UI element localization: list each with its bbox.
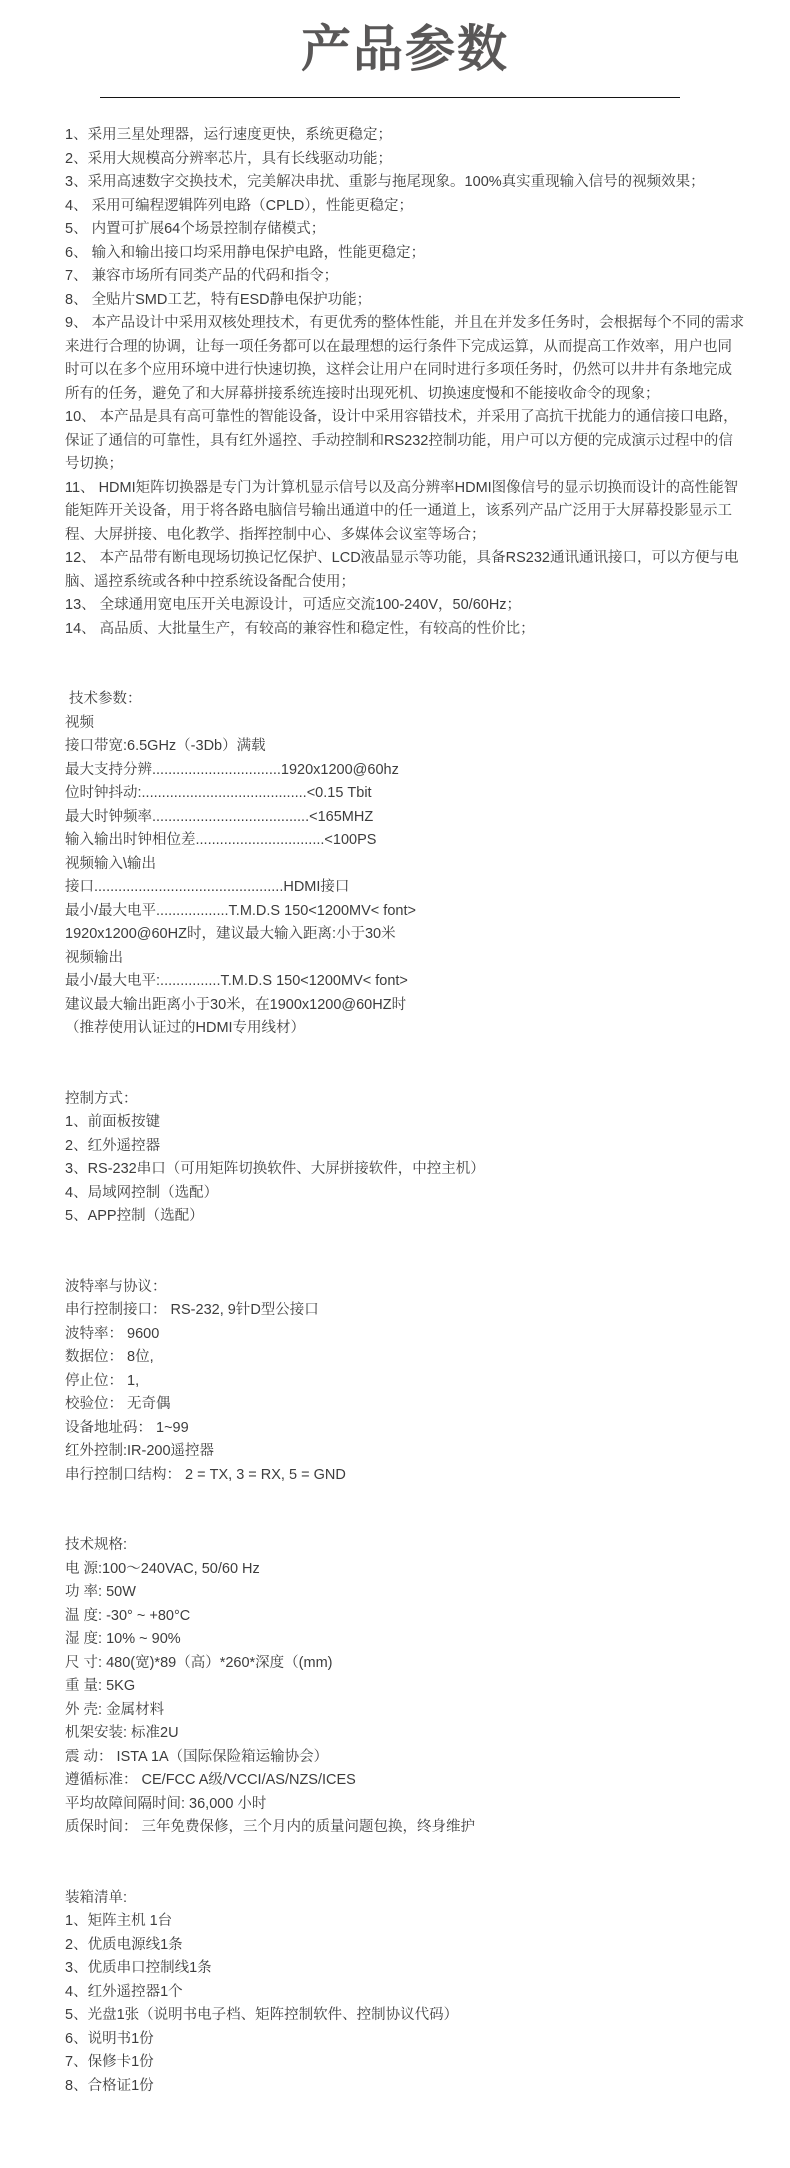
packing-list-item: 6、说明书1份 [65,2028,745,2052]
tech-param-line: 视频输入\输出 [65,853,745,877]
feature-item: 2、采用大规模高分辨率芯片，具有长线驱动功能； [65,148,745,172]
baud-protocol-lines: 串行控制接口： RS-232, 9针D型公接口波特率： 9600数据位： 8位,… [65,1299,745,1487]
tech-param-line: 最大时钟频率..................................… [65,806,745,830]
feature-item: 14、 高品质、大批量生产，有较高的兼容性和稳定性，有较高的性价比； [65,618,745,642]
feature-item: 1、采用三星处理器，运行速度更快，系统更稳定； [65,124,745,148]
tech-param-line: 最大支持分辨................................19… [65,759,745,783]
baud-protocol-line: 红外控制:IR-200遥控器 [65,1440,745,1464]
control-method-item: 4、局域网控制（选配） [65,1182,745,1206]
tech-specs-lines: 电 源:100～240VAC, 50/60 Hz功 率: 50W温 度: -30… [65,1558,745,1840]
feature-item: 5、 内置可扩展64个场景控制存储模式； [65,218,745,242]
tech-spec-line: 遵循标准： CE/FCC A级/VCCI/AS/NZS/ICES [65,1769,745,1793]
packing-list-item: 2、优质电源线1条 [65,1934,745,1958]
tech-spec-line: 机架安装: 标准2U [65,1722,745,1746]
tech-param-line: 最小/最大电平:...............T.M.D.S 150<1200M… [65,970,745,994]
tech-param-line: 最小/最大电平..................T.M.D.S 150<120… [65,900,745,924]
page-title: 产品参数 [65,22,745,77]
packing-list-item: 7、保修卡1份 [65,2051,745,2075]
tech-param-line: 视频 [65,712,745,736]
tech-param-line: 视频输出 [65,947,745,971]
product-parameters-page: 产品参数 1、采用三星处理器，运行速度更快，系统更稳定；2、采用大规模高分辨率芯… [0,0,790,2168]
tech-spec-line: 重 量: 5KG [65,1675,745,1699]
tech-spec-line: 外 壳: 金属材料 [65,1699,745,1723]
tech-param-line: 接口带宽:6.5GHz（-3Db）满载 [65,735,745,759]
control-method-item: 1、前面板按键 [65,1111,745,1135]
tech-param-line: 1920x1200@60HZ时，建议最大输入距离:小于30米 [65,923,745,947]
feature-item: 7、 兼容市场所有同类产品的代码和指令； [65,265,745,289]
features-list: 1、采用三星处理器，运行速度更快，系统更稳定；2、采用大规模高分辨率芯片，具有长… [65,124,745,641]
packing-list-item: 3、优质串口控制线1条 [65,1957,745,1981]
control-methods-heading: 控制方式： [65,1088,745,1112]
baud-protocol-line: 停止位： 1, [65,1370,745,1394]
control-methods-lines: 1、前面板按键2、红外遥控器3、RS-232串口（可用矩阵切换软件、大屏拼接软件… [65,1111,745,1229]
tech-spec-line: 平均故障间隔时间: 36,000 小时 [65,1793,745,1817]
tech-specs-heading: 技术规格: [65,1534,745,1558]
tech-spec-line: 电 源:100～240VAC, 50/60 Hz [65,1558,745,1582]
packing-list-lines: 1、矩阵主机 1台2、优质电源线1条3、优质串口控制线1条4、红外遥控器1个5、… [65,1910,745,2098]
packing-list-heading: 装箱清单: [65,1887,745,1911]
baud-protocol-line: 串行控制口结构： 2 = TX, 3 = RX, 5 = GND [65,1464,745,1488]
tech-param-line: 建议最大输出距离小于30米，在1900x1200@60HZ时 [65,994,745,1018]
control-method-item: 5、APP控制（选配） [65,1205,745,1229]
packing-list-item: 1、矩阵主机 1台 [65,1910,745,1934]
tech-specs-section: 技术规格: 电 源:100～240VAC, 50/60 Hz功 率: 50W温 … [65,1534,745,1840]
tech-spec-line: 尺 寸: 480(宽)*89（高）*260*深度（(mm) [65,1652,745,1676]
tech-params-section: 技术参数： 视频接口带宽:6.5GHz（-3Db）满载最大支持分辨.......… [65,688,745,1041]
feature-item: 6、 输入和输出接口均采用静电保护电路，性能更稳定； [65,242,745,266]
tech-spec-line: 震 动： ISTA 1A（国际保险箱运输协会） [65,1746,745,1770]
tech-param-line: （推荐使用认证过的HDMI专用线材） [65,1017,745,1041]
feature-item: 10、 本产品是具有高可靠性的智能设备，设计中采用容错技术，并采用了高抗干扰能力… [65,406,745,477]
control-methods-section: 控制方式： 1、前面板按键2、红外遥控器3、RS-232串口（可用矩阵切换软件、… [65,1088,745,1229]
feature-item: 12、 本产品带有断电现场切换记忆保护、LCD液晶显示等功能，具备RS232通讯… [65,547,745,594]
tech-params-lines: 视频接口带宽:6.5GHz（-3Db）满载最大支持分辨.............… [65,712,745,1041]
feature-item: 11、 HDMI矩阵切换器是专门为计算机显示信号以及高分辨率HDMI图像信号的显… [65,477,745,548]
tech-param-line: 位时钟抖动:..................................… [65,782,745,806]
feature-item: 3、采用高速数字交换技术，完美解决串扰、重影与拖尾现象。100%真实重现输入信号… [65,171,745,195]
control-method-item: 2、红外遥控器 [65,1135,745,1159]
baud-protocol-line: 设备地址码： 1~99 [65,1417,745,1441]
feature-item: 4、 采用可编程逻辑阵列电路（CPLD），性能更稳定； [65,195,745,219]
packing-list-item: 4、红外遥控器1个 [65,1981,745,2005]
tech-param-line: 输入输出时钟相位差...............................… [65,829,745,853]
packing-list-section: 装箱清单: 1、矩阵主机 1台2、优质电源线1条3、优质串口控制线1条4、红外遥… [65,1887,745,2099]
tech-param-line: 接口......................................… [65,876,745,900]
baud-protocol-line: 校验位： 无奇偶 [65,1393,745,1417]
packing-list-item: 8、合格证1份 [65,2075,745,2099]
tech-spec-line: 湿 度: 10% ~ 90% [65,1628,745,1652]
packing-list-item: 5、光盘1张（说明书电子档、矩阵控制软件、控制协议代码） [65,2004,745,2028]
baud-protocol-line: 数据位： 8位, [65,1346,745,1370]
feature-item: 9、 本产品设计中采用双核处理技术，有更优秀的整体性能，并且在并发多任务时，会根… [65,312,745,406]
tech-spec-line: 功 率: 50W [65,1581,745,1605]
feature-item: 13、 全球通用宽电压开关电源设计，可适应交流100-240V，50/60Hz； [65,594,745,618]
baud-protocol-section: 波特率与协议： 串行控制接口： RS-232, 9针D型公接口波特率： 9600… [65,1276,745,1488]
baud-protocol-heading: 波特率与协议： [65,1276,745,1300]
tech-spec-line: 质保时间： 三年免费保修，三个月内的质量问题包换，终身维护 [65,1816,745,1840]
baud-protocol-line: 波特率： 9600 [65,1323,745,1347]
title-divider [100,97,680,98]
feature-item: 8、 全贴片SMD工艺，特有ESD静电保护功能； [65,289,745,313]
tech-params-heading: 技术参数： [65,688,745,712]
tech-spec-line: 温 度: -30° ~ +80°C [65,1605,745,1629]
baud-protocol-line: 串行控制接口： RS-232, 9针D型公接口 [65,1299,745,1323]
control-method-item: 3、RS-232串口（可用矩阵切换软件、大屏拼接软件，中控主机） [65,1158,745,1182]
